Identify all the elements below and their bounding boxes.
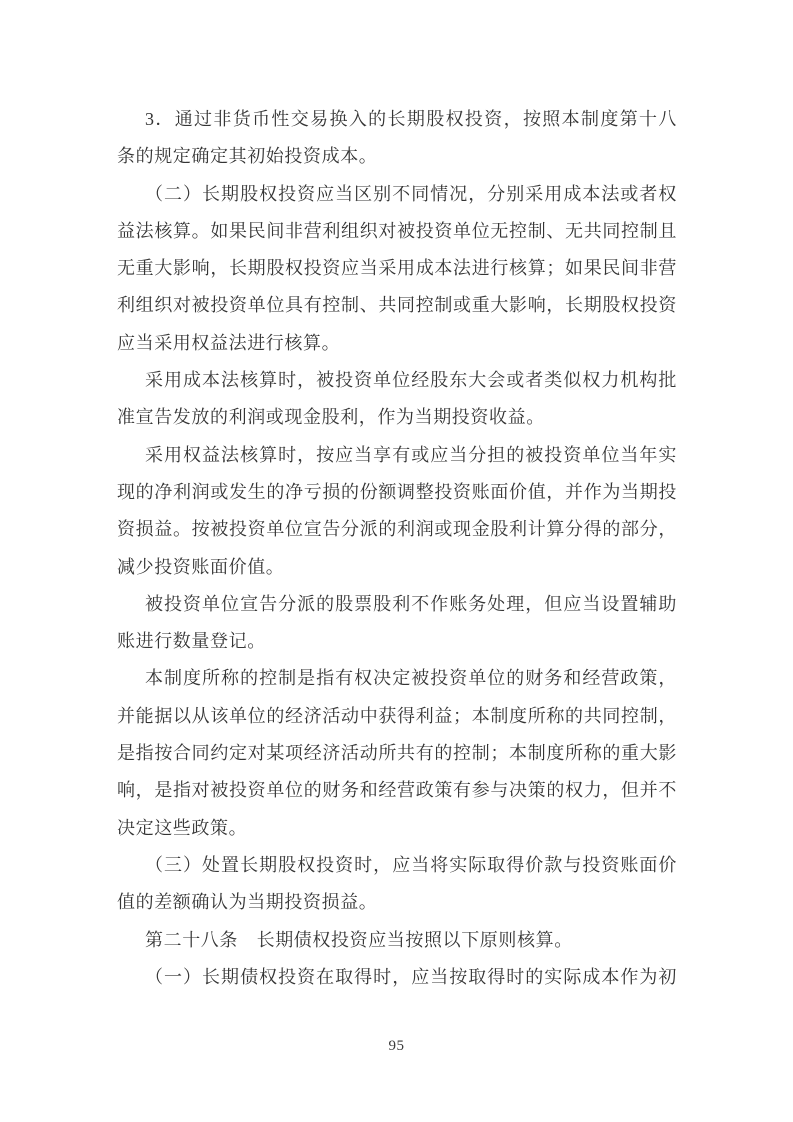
document-page: 3．通过非货币性交易换入的长期股权投资，按照本制度第十八 条的规定确定其初始投资… [0, 0, 793, 1122]
text-line: 值的差额确认为当期投资损益。 [117, 884, 677, 921]
text-line: 准宣告发放的利润或现金股利，作为当期投资收益。 [117, 399, 677, 436]
page-number: 95 [0, 1038, 793, 1055]
text-line: 决定这些政策。 [117, 810, 677, 847]
text-line: 响，是指对被投资单位的财务和经营政策有参与决策的权力，但并不 [117, 772, 677, 809]
text-line: （二）长期股权投资应当区别不同情况，分别采用成本法或者权 [117, 176, 677, 213]
text-line: 采用成本法核算时，被投资单位经股东大会或者类似权力机构批 [117, 362, 677, 399]
text-line: 并能据以从该单位的经济活动中获得利益；本制度所称的共同控制， [117, 698, 677, 735]
text-line: 益法核算。如果民间非营利组织对被投资单位无控制、无共同控制且 [117, 213, 677, 250]
text-line: 无重大影响，长期股权投资应当采用成本法进行核算；如果民间非营 [117, 250, 677, 287]
text-line: 利组织对被投资单位具有控制、共同控制或重大影响，长期股权投资 [117, 287, 677, 324]
text-line: 减少投资账面价值。 [117, 549, 677, 586]
text-line: （三）处置长期股权投资时，应当将实际取得价款与投资账面价 [117, 847, 677, 884]
text-line: 应当采用权益法进行核算。 [117, 325, 677, 362]
text-line: （一）长期债权投资在取得时，应当按取得时的实际成本作为初 [117, 959, 677, 996]
text-line: 采用权益法核算时，按应当享有或应当分担的被投资单位当年实 [117, 437, 677, 474]
text-line: 资损益。按被投资单位宣告分派的利润或现金股利计算分得的部分， [117, 511, 677, 548]
text-line: 3．通过非货币性交易换入的长期股权投资，按照本制度第十八 [117, 101, 677, 138]
text-line: 本制度所称的控制是指有权决定被投资单位的财务和经营政策， [117, 660, 677, 697]
text-line: 被投资单位宣告分派的股票股利不作账务处理，但应当设置辅助 [117, 586, 677, 623]
text-line: 现的净利润或发生的净亏损的份额调整投资账面价值，并作为当期投 [117, 474, 677, 511]
document-body: 3．通过非货币性交易换入的长期股权投资，按照本制度第十八 条的规定确定其初始投资… [117, 101, 677, 996]
text-line: 是指按合同约定对某项经济活动所共有的控制；本制度所称的重大影 [117, 735, 677, 772]
text-line: 账进行数量登记。 [117, 623, 677, 660]
text-line: 条的规定确定其初始投资成本。 [117, 138, 677, 175]
text-line: 第二十八条 长期债权投资应当按照以下原则核算。 [117, 922, 677, 959]
